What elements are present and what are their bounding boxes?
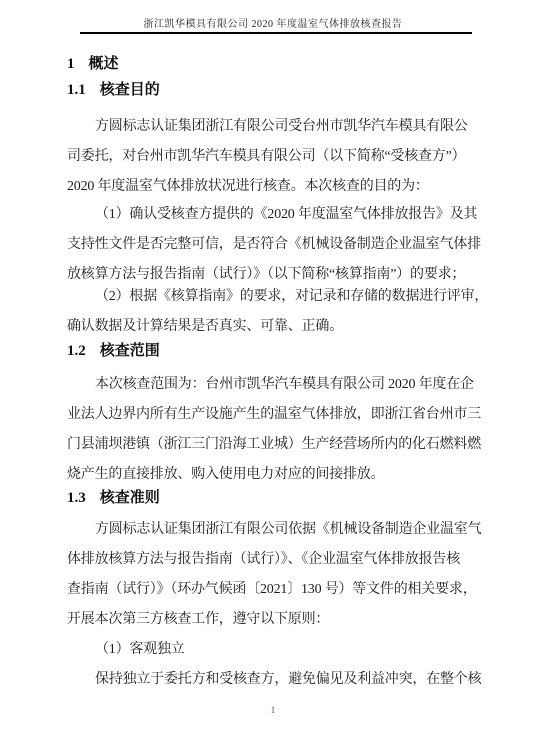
section-heading-1-3: 1.3核查准则 [67,488,479,508]
paragraph-principle-objective-independence: （1）客观独立 保持独立于委托方和受核查方，避免偏见及利益冲突，在整个核 [67,635,479,695]
paragraph-line: （1）客观独立 [67,635,479,665]
section-1-2-number: 1.2 [67,343,86,359]
section-1-1-title: 核查目的 [100,81,160,98]
paragraph-verification-purpose: 方圆标志认证集团浙江有限公司受台州市凯华汽车模具有限公 司委托，对台州市凯华汽车… [67,112,479,202]
section-1-1-number: 1.1 [67,82,86,98]
section-1-2-title: 核查范围 [100,342,160,359]
paragraph-line: 司委托，对台州市凯华汽车模具有限公司（以下简称“受核查方”） [67,142,479,172]
section-heading-1: 1概述 [67,54,479,74]
paragraph-line: 方圆标志认证集团浙江有限公司受台州市凯华汽车模具有限公 [67,112,479,142]
paragraph-line: （1）确认受核查方提供的《2020 年度温室气体排放报告》及其 [67,200,479,230]
section-1-number: 1 [67,56,75,72]
paragraph-line: 业法人边界内所有生产设施产生的温室气体排放，即浙江省台州市三 [67,400,479,430]
paragraph-line: 本次核查范围为：台州市凯华汽车模具有限公司 2020 年度在企 [67,370,479,400]
page-header-title: 浙江凯华模具有限公司 2020 年度温室气体排放核查报告 [0,15,546,30]
section-1-3-title: 核查准则 [100,489,160,506]
section-1-3-number: 1.3 [67,490,86,506]
paragraph-verification-criteria: 方圆标志认证集团浙江有限公司依据《机械设备制造企业温室气 体排放核算方法与报告指… [67,515,479,635]
section-1-title: 概述 [89,55,119,72]
paragraph-line: 开展本次第三方核查工作，遵守以下原则： [67,605,479,635]
paragraph-line: 体排放核算方法与报告指南（试行）》、《企业温室气体排放报告核 [67,545,479,575]
paragraph-line: （2）根据《核算指南》的要求，对记录和存储的数据进行评审， [67,282,479,312]
paragraph-purpose-item-2: （2）根据《核算指南》的要求，对记录和存储的数据进行评审， 确认数据及计算结果是… [67,282,479,342]
paragraph-line: 查指南（试行）》（环办气候函〔2021〕130 号）等文件的相关要求， [67,575,479,605]
paragraph-line: 方圆标志认证集团浙江有限公司依据《机械设备制造企业温室气 [67,515,479,545]
paragraph-line: 支持性文件是否完整可信，是否符合《机械设备制造企业温室气体排 [67,230,479,260]
section-heading-1-1: 1.1核查目的 [67,80,479,100]
paragraph-line: 确认数据及计算结果是否真实、可靠、正确。 [67,312,479,342]
paragraph-purpose-item-1: （1）确认受核查方提供的《2020 年度温室气体排放报告》及其 支持性文件是否完… [67,200,479,290]
paragraph-line: 保持独立于委托方和受核查方，避免偏见及利益冲突，在整个核 [67,665,479,695]
document-page: 浙江凯华模具有限公司 2020 年度温室气体排放核查报告 1概述 1.1核查目的… [0,0,546,747]
paragraph-verification-scope: 本次核查范围为：台州市凯华汽车模具有限公司 2020 年度在企 业法人边界内所有… [67,370,479,490]
paragraph-line: 烧产生的直接排放、购入使用电力对应的间接排放。 [67,460,479,490]
section-heading-1-2: 1.2核查范围 [67,341,479,361]
page-number: 1 [0,705,546,715]
paragraph-line: 2020 年度温室气体排放状况进行核查。本次核查的目的为： [67,172,479,202]
header-rule [80,32,472,34]
paragraph-line: 门县浦坝港镇（浙江三门沿海工业城）生产经营场所内的化石燃料燃 [67,430,479,460]
